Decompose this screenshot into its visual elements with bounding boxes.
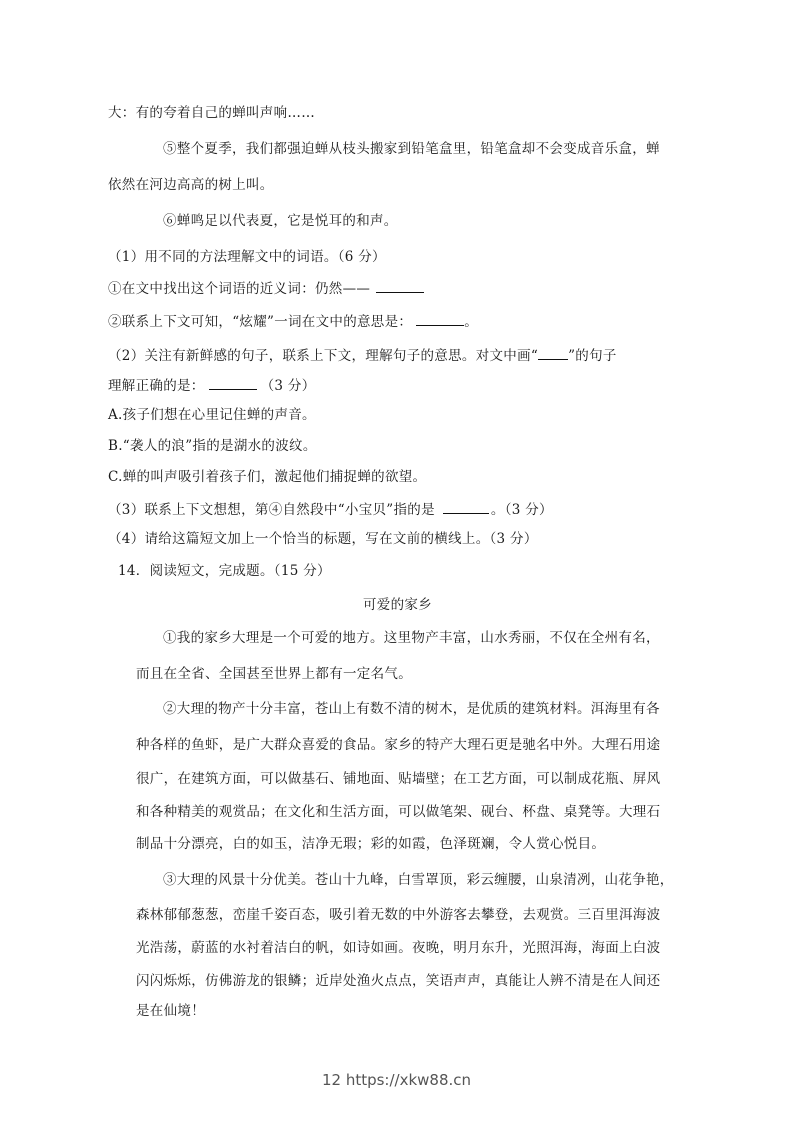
- answer-blank[interactable]: [376, 278, 424, 293]
- passage-paragraph-2-line: 制品十分漂亮，白的如玉，洁净无瑕；彩的如霞，色泽斑斓，令人赏心悦目。: [136, 835, 605, 853]
- question-1-item-2-suffix: 。: [464, 314, 478, 330]
- paragraph-5-line-2: 依然在河边高高的树上叫。: [108, 176, 274, 194]
- question-2-score: （3 分）: [261, 378, 316, 394]
- question-3-score: 。（3 分）: [491, 502, 553, 518]
- passage-title: 可爱的家乡: [0, 596, 793, 614]
- paragraph-5-line-1: ⑤整个夏季，我们都强迫蝉从枝头搬家到铅笔盒里，铅笔盒却不会变成音乐盒，蝉: [163, 140, 660, 158]
- question-1-item-2-text: ②联系上下文可知，“炫耀”一词在文中的意思是：: [108, 314, 412, 330]
- page-footer: 12 https://xkw88.cn: [0, 1071, 793, 1089]
- passage-paragraph-2-line: ②大理的物产十分丰富，苍山上有数不清的树木，是优质的建筑材料。洱海里有各: [163, 700, 660, 718]
- underline-marker: [538, 345, 568, 360]
- question-1-item-2: ②联系上下文可知，“炫耀”一词在文中的意思是：。: [108, 311, 478, 331]
- passage-paragraph-3-line: ③大理的风景十分优美。苍山十九峰，白雪罩顶，彩云缠腰，山泉清冽，山花争艳，: [163, 871, 674, 889]
- question-4: （4）请给这篇短文加上一个恰当的标题，写在文前的横线上。（3 分）: [108, 530, 538, 548]
- option-b: B.“袭人的浪”指的是湖水的波纹。: [108, 437, 317, 455]
- question-3: （3）联系上下文想想，第④自然段中“小宝贝”指的是。（3 分）: [108, 499, 553, 519]
- question-2-stem: （2）关注有新鲜感的句子，联系上下文，理解句子的意思。对文中画“”的句子: [108, 345, 617, 365]
- passage-paragraph-3-line: 闪闪烁烁，仿佛游龙的银鳞；近岸处渔火点点，笑语声声，真能让人辨不清是在人间还: [136, 972, 660, 990]
- paragraph-6: ⑥蝉鸣足以代表夏，它是悦耳的和声。: [163, 212, 398, 230]
- question-2-stem-text-a: （2）关注有新鲜感的句子，联系上下文，理解句子的意思。对文中画“: [108, 348, 538, 364]
- passage-paragraph-1-line: ①我的家乡大理是一个可爱的地方。这里物产丰富，山水秀丽，不仅在全州有名，: [163, 629, 660, 647]
- answer-blank[interactable]: [416, 311, 464, 326]
- option-a: A.孩子们想在心里记住蝉的声音。: [108, 406, 316, 424]
- answer-blank[interactable]: [443, 499, 489, 514]
- passage-paragraph-3-line: 森林郁郁葱葱，峦崖千姿百态，吸引着无数的中外游客去攀登，去观赏。三百里洱海波: [136, 906, 660, 924]
- passage-paragraph-2-line: 很广，在建筑方面，可以做基石、铺地面、贴墙壁；在工艺方面，可以制成花瓶、屏风: [136, 770, 660, 788]
- question-2-stem-line-2: 理解正确的是：（3 分）: [108, 375, 316, 395]
- question-1-item-1-text: ①在文中找出这个词语的近义词：仍然——: [108, 281, 370, 297]
- question-2-stem-line-2-text: 理解正确的是：: [108, 378, 205, 394]
- passage-paragraph-3-line: 是在仙境！: [136, 1002, 205, 1020]
- option-c: C.蝉的叫声吸引着孩子们，激起他们捕捉蝉的欲望。: [108, 468, 426, 486]
- passage-paragraph-2-line: 和各种精美的观赏品；在文化和生活方面，可以做笔架、砚台、杯盘、桌凳等。大理石: [136, 803, 660, 821]
- question-1-stem: （1）用不同的方法理解文中的词语。（6 分）: [108, 248, 386, 266]
- question-2-stem-text-b: ”的句子: [568, 348, 617, 364]
- passage-paragraph-2-line: 种各样的鱼虾，是广大群众喜爱的食品。家乡的特产大理石更是驰名中外。大理石用途: [136, 736, 660, 754]
- passage-continuation-line: 大：有的夸着自己的蝉叫声响……: [108, 104, 315, 122]
- passage-paragraph-1-line: 而且在全省、全国甚至世界上都有一定名气。: [136, 665, 412, 683]
- question-14-stem: 14．阅读短文，完成题。（15 分）: [118, 562, 331, 580]
- question-3-text: （3）联系上下文想想，第④自然段中“小宝贝”指的是: [108, 502, 435, 518]
- question-1-item-1: ①在文中找出这个词语的近义词：仍然——: [108, 278, 424, 298]
- answer-blank[interactable]: [209, 375, 257, 390]
- passage-paragraph-3-line: 光浩荡，蔚蓝的水衬着洁白的帆，如诗如画。夜晚，明月东升，光照洱海，海面上白波: [136, 939, 660, 957]
